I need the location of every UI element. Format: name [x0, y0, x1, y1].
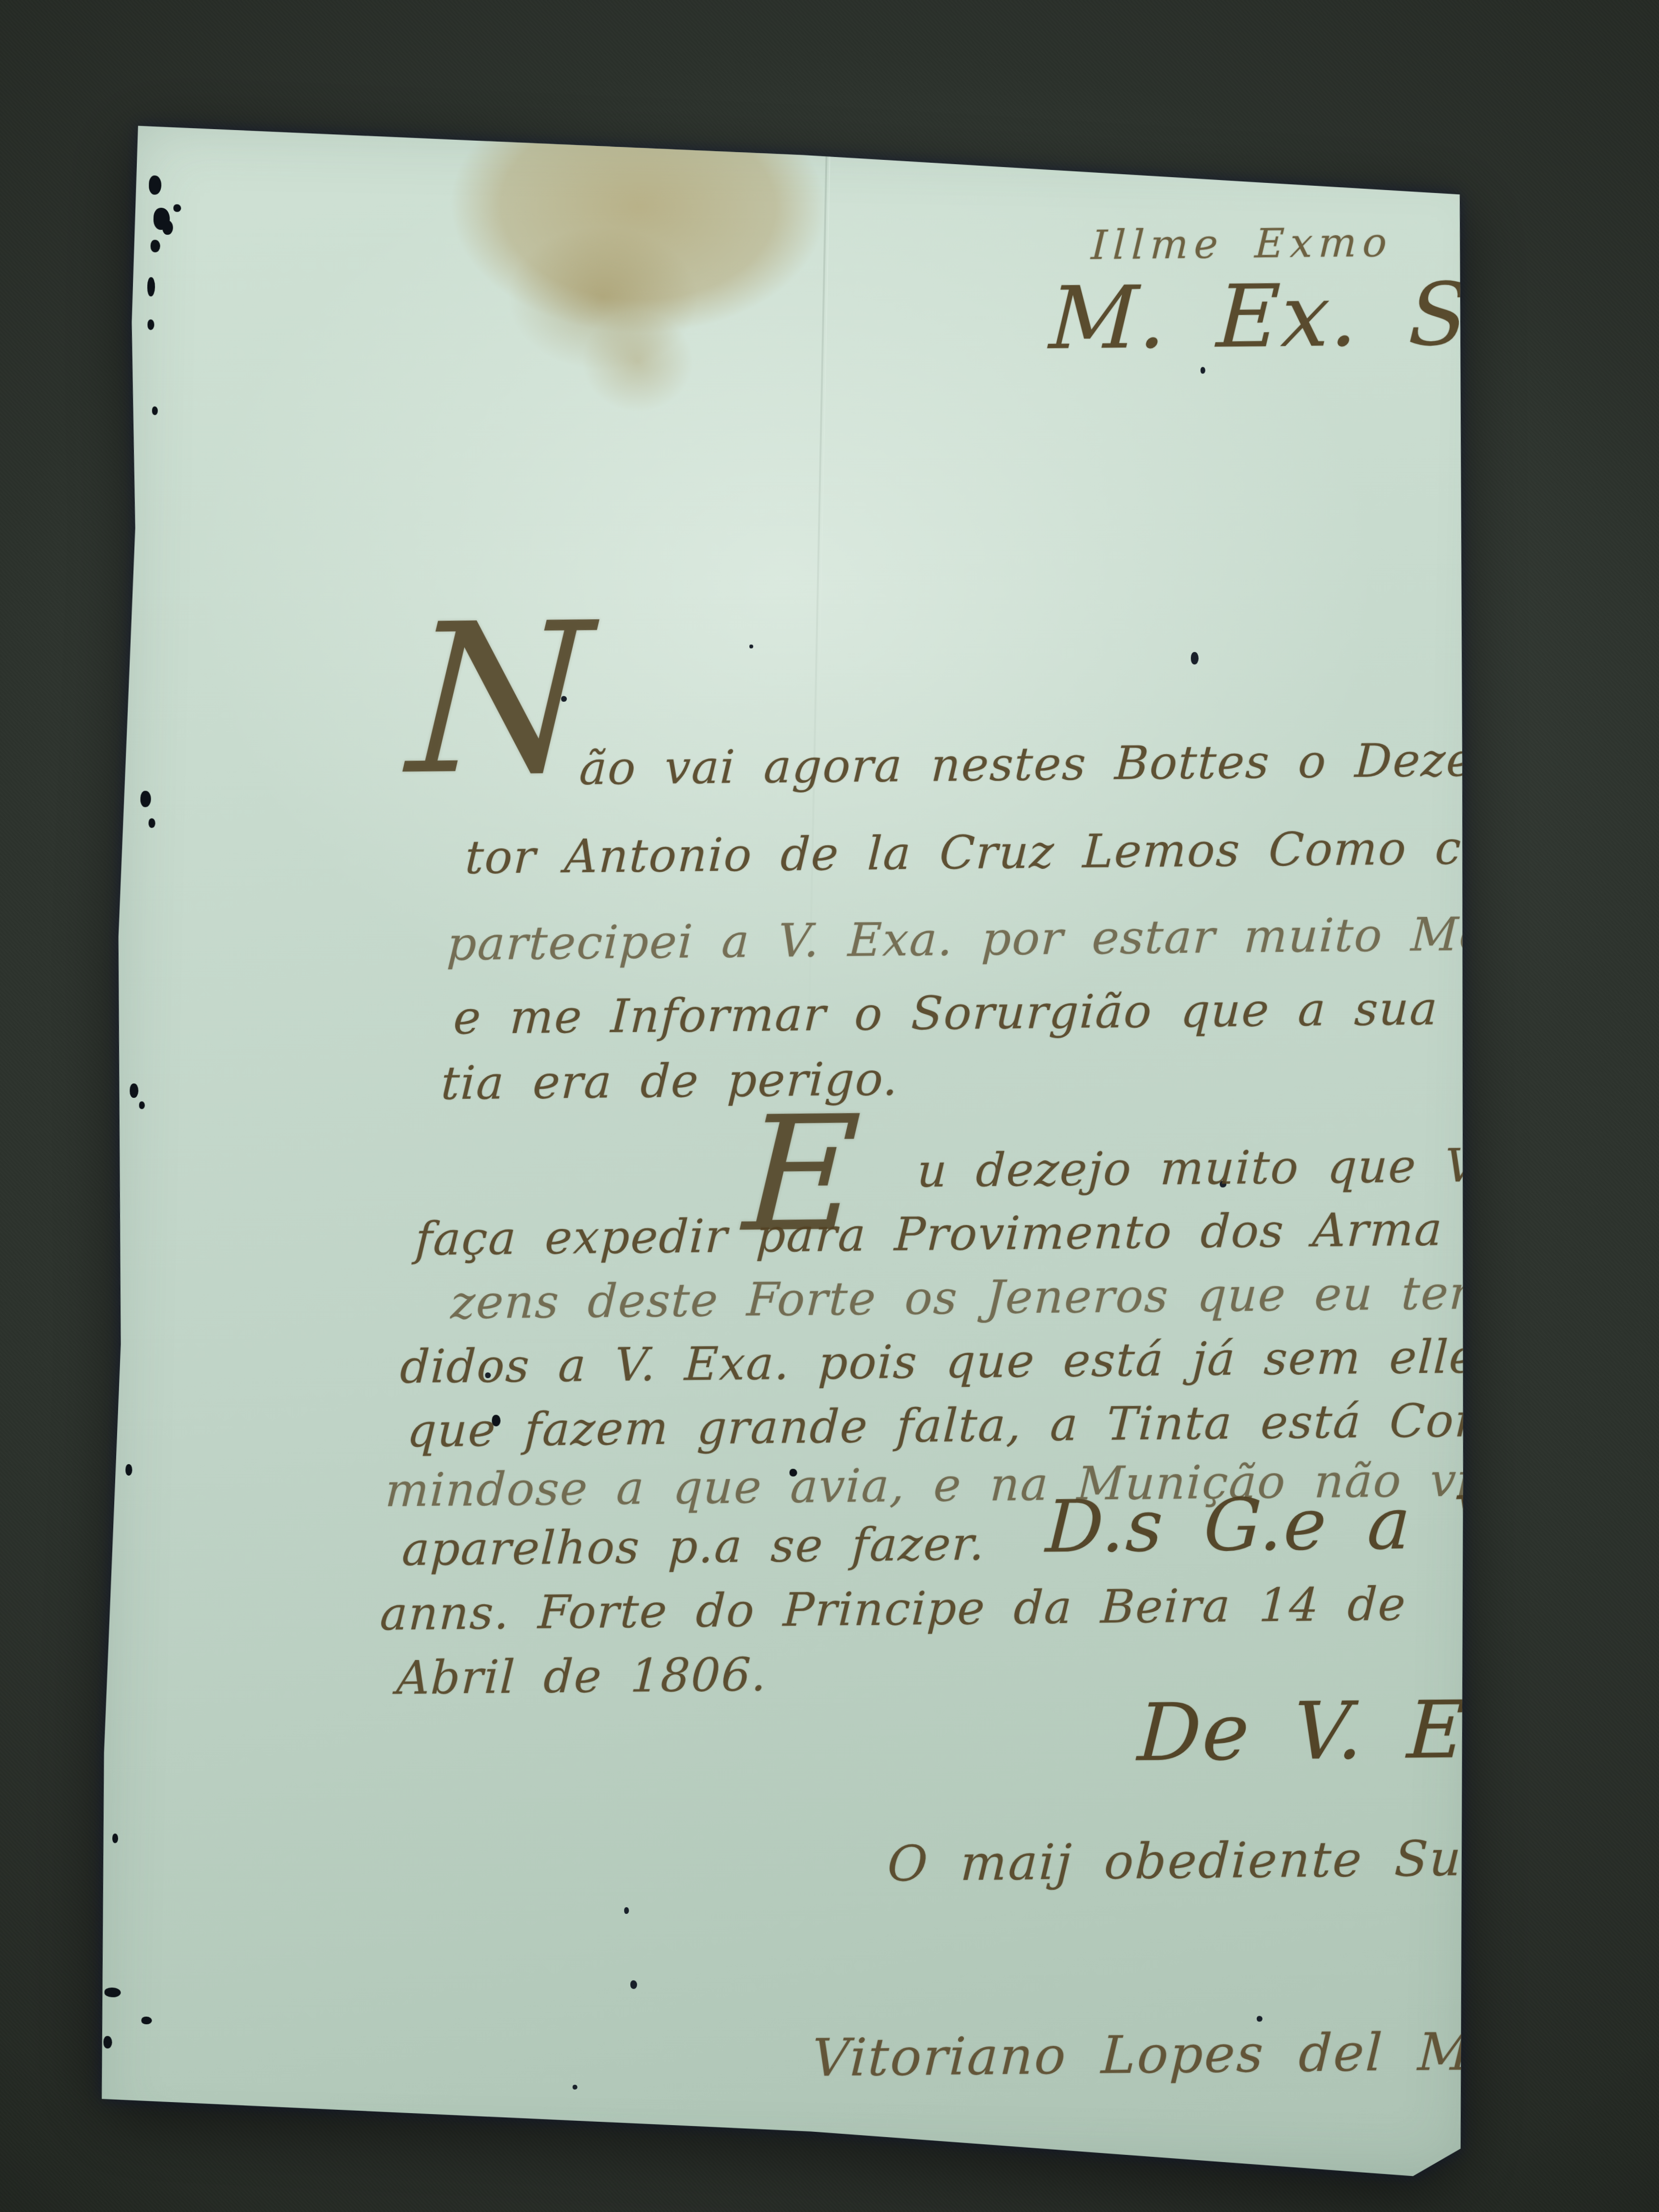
paragraph2-line: que fazem grande falta, a Tinta está Con…: [406, 1395, 1541, 1456]
paragraph1-line: e me Informar o Sorurgião que a sua Mole…: [452, 982, 1612, 1044]
paragraph1-line: tor Antonio de la Cruz Lemos Como cuja: [464, 822, 1537, 883]
letter-paper-wrap: Illme Exmo M. Ex. Snr. N ão vai agora ne…: [90, 121, 1514, 2184]
ink-speck: [1485, 267, 1490, 272]
paragraph2-line: faça expedir para Provimento dos Arma: [414, 1204, 1444, 1265]
valediction: De V. Ex.a: [1136, 1689, 1588, 1773]
letter-text: Illme Exmo M. Ex. Snr. N ão vai agora ne…: [59, 113, 1528, 2163]
paragraph2-line: aparelhos p.a se fazer.: [401, 1519, 986, 1575]
letter-paper: Illme Exmo M. Ex. Snr. N ão vai agora ne…: [90, 121, 1514, 2184]
closing-formula: D.s G.e a V. Ex. m.s: [1045, 1484, 1659, 1563]
paragraph2-line: u dezejo muito que V. Exa.: [916, 1139, 1621, 1197]
closing-phrase: O maij obediente Subdito: [887, 1833, 1599, 1889]
paragraph1-line: ão vai agora nestes Bottes o Dezer: [578, 734, 1499, 794]
salutation-superscript: Illme Exmo: [1090, 222, 1393, 265]
salutation-main: M. Ex. Snr.: [1048, 271, 1588, 362]
drop-initial-n: N: [406, 616, 594, 783]
paragraph2-line: zens deste Forte os Jeneros que eu tenho…: [450, 1266, 1627, 1328]
dateline: anns. Forte do Principe da Beira 14 de: [379, 1579, 1407, 1639]
signature: Vitoriano Lopes del Mando: [811, 2025, 1608, 2084]
dateline: Abril de 1806.: [396, 1649, 769, 1704]
paragraph2-line: didos a V. Exa. pois que está já sem ell…: [399, 1330, 1632, 1393]
paragraph1-line: partecipei a V. Exa. por estar muito Mol…: [446, 908, 1606, 970]
